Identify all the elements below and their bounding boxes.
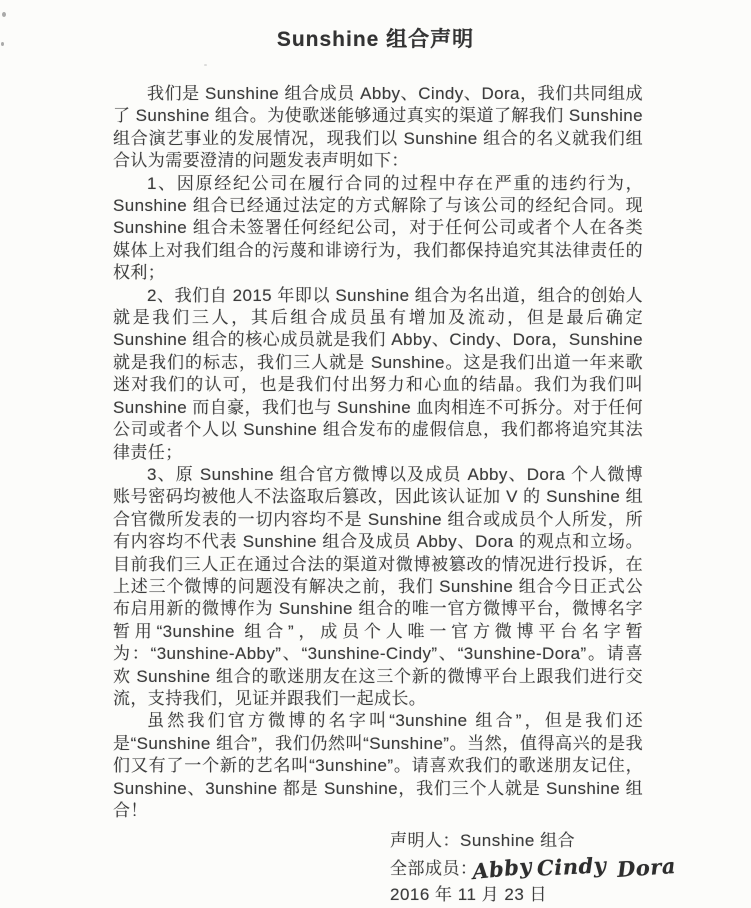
- scan-speck: [2, 12, 6, 17]
- members-label: 全部成员：: [390, 859, 478, 878]
- signature-cindy: Cindy: [537, 852, 608, 882]
- statement-paragraph-item-1: 1、因原经纪公司在履行合同的过程中存在严重的违约行为，Sunshine 组合已经…: [113, 173, 643, 285]
- signature-abby: Abby: [471, 853, 533, 885]
- date-line: 2016 年 11 月 23 日: [390, 882, 676, 908]
- statement-paragraph-closing: 虽然我们官方微博的名字叫“3unshine 组合”，但是我们还是“Sunshin…: [113, 710, 643, 822]
- statement-paragraph-intro: 我们是 Sunshine 组合成员 Abby、Cindy、Dora，我们共同组成…: [113, 83, 643, 173]
- signature-block: 声明人：Sunshine 组合 全部成员：AbbyCindyDora 2016 …: [390, 828, 676, 908]
- statement-body: 我们是 Sunshine 组合成员 Abby、Cindy、Dora，我们共同组成…: [113, 83, 643, 822]
- declarant-line: 声明人：Sunshine 组合: [390, 828, 676, 854]
- page-title: Sunshine 组合声明: [0, 23, 751, 53]
- statement-paragraph-item-3: 3、原 Sunshine 组合官方微博以及成员 Abby、Dora 个人微博账号…: [113, 464, 643, 710]
- scan-speck: [1, 42, 4, 46]
- statement-paragraph-item-2: 2、我们自 2015 年即以 Sunshine 组合为名出道，组合的创始人就是我…: [113, 285, 643, 464]
- signature-dora: Dora: [616, 853, 677, 883]
- members-line: 全部成员：AbbyCindyDora: [390, 854, 676, 882]
- statement-document-page: Sunshine 组合声明 我们是 Sunshine 组合成员 Abby、Cin…: [0, 0, 751, 908]
- scan-speck: [204, 64, 207, 66]
